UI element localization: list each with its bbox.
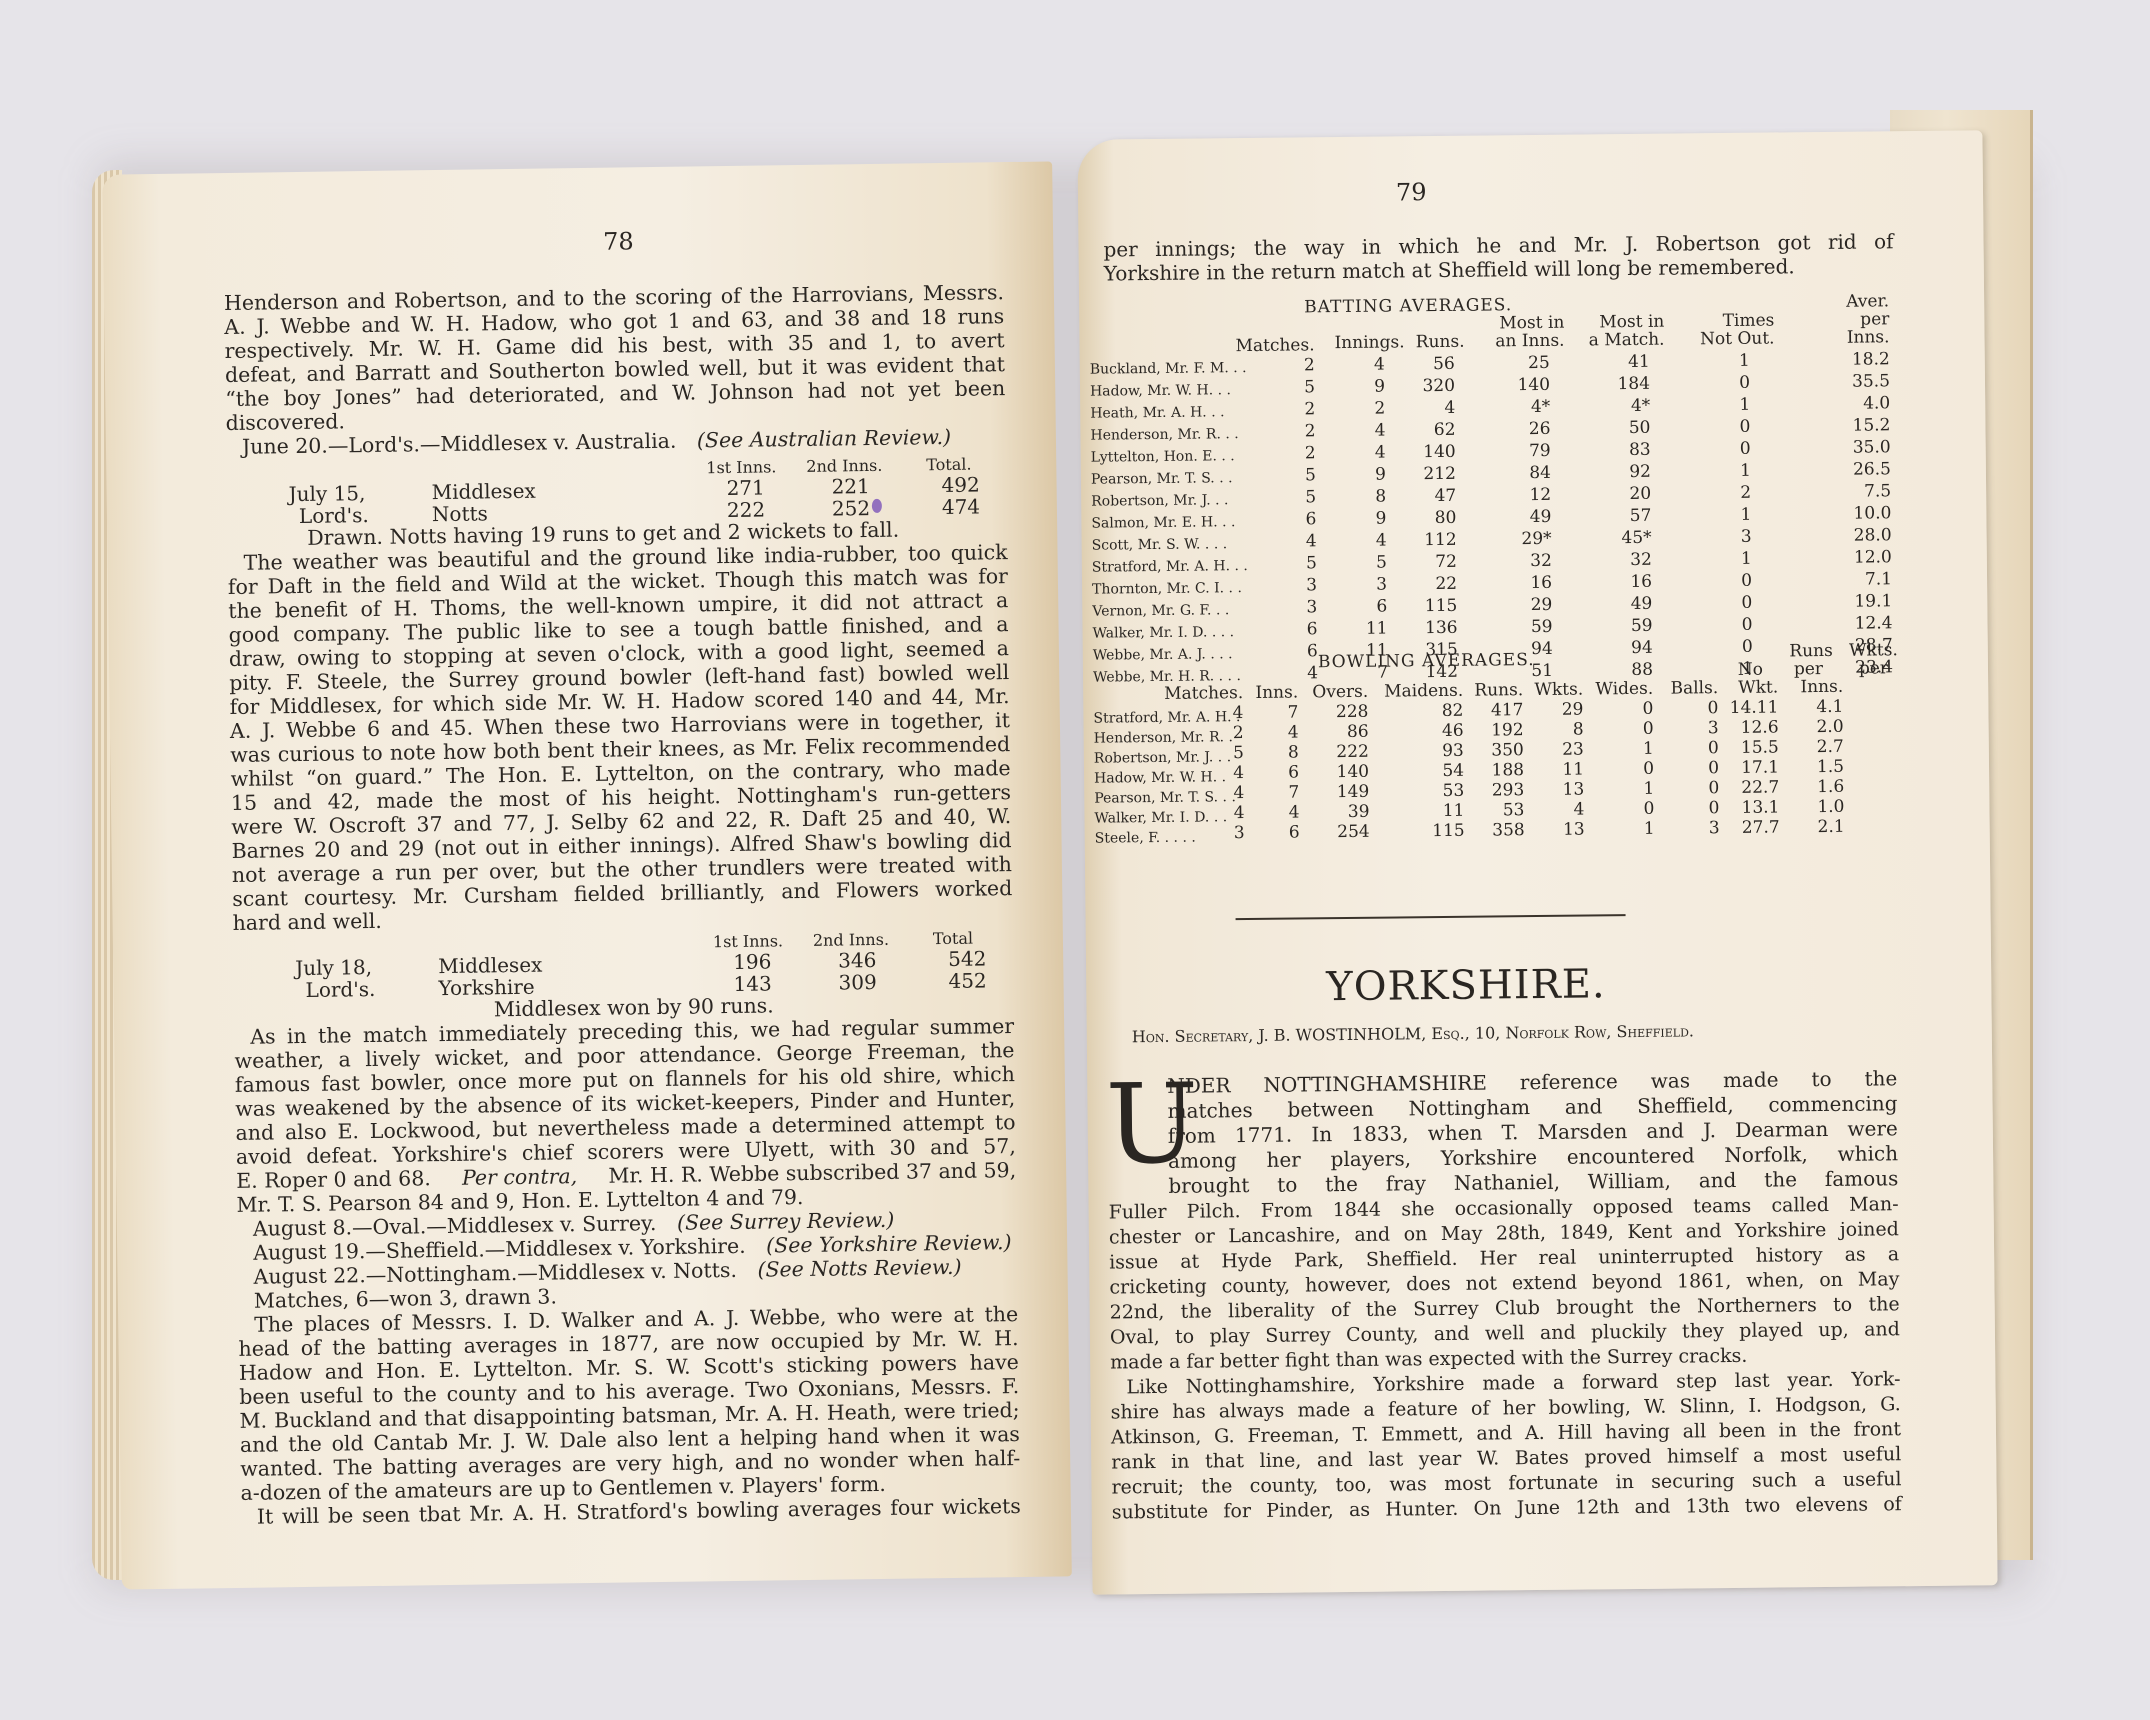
bowling-wkts-per-inns-cell: 2.7 (1784, 737, 1844, 758)
yorkshire-body: Fuller Pilch. From 1844 she occasionally… (1109, 1193, 1902, 1526)
batting-runs-cell: 140 (1396, 442, 1456, 463)
score-value: 222 (727, 497, 766, 522)
bowling-wkts-per-inns-cell: 4.1 (1783, 697, 1843, 718)
score-header: 2nd Inns. (806, 456, 882, 476)
batting-innings-cell: 3 (1317, 575, 1387, 596)
score-value: 271 (726, 475, 765, 500)
batting-runs-cell: 22 (1397, 574, 1457, 595)
batting-aver-cell: 18.2 (1830, 349, 1890, 370)
batting-most-inns-cell: 140 (1475, 375, 1550, 396)
bowling-wkts-per-inns-cell: 1.5 (1784, 757, 1844, 778)
left-body-text: Henderson and Robertson, and to the scor… (224, 280, 1021, 1529)
bowling-matches-cell: 4 (1153, 703, 1243, 724)
section-divider (1236, 914, 1626, 920)
bowling-wides-cell: 0 (1584, 719, 1654, 740)
score-value: 474 (942, 494, 981, 519)
column-header: Runs. (1394, 332, 1464, 353)
batting-innings-cell: 6 (1317, 597, 1387, 618)
batting-innings-cell: 8 (1316, 487, 1386, 508)
column-header: Matches. (1153, 683, 1243, 704)
batsman-name: Thornton, Mr. C. I. . . (1092, 580, 1242, 598)
score-header: Total (933, 929, 973, 949)
batting-most-inns-cell: 79 (1476, 441, 1551, 462)
batting-runs-cell: 4 (1395, 398, 1455, 419)
score-value: 452 (948, 968, 987, 993)
bowling-matches-cell: 2 (1154, 723, 1244, 744)
batting-not-out-cell: 2 (1696, 483, 1751, 504)
score-value: 492 (941, 472, 980, 497)
bowling-wides-cell: 0 (1583, 699, 1653, 720)
score-value: 309 (838, 970, 877, 995)
yorkshire-intro: NDER NOTTINGHAMSHIRE reference was made … (1167, 1066, 1898, 1199)
batting-aver-cell: 12.4 (1832, 613, 1892, 634)
bowling-overs-cell: 140 (1299, 762, 1369, 783)
batting-runs-cell: 62 (1395, 420, 1455, 441)
batting-most-match-cell: 83 (1576, 440, 1651, 461)
batting-most-inns-cell: 32 (1477, 551, 1552, 572)
batting-innings-cell: 4 (1317, 531, 1387, 552)
bowling-matches-cell: 4 (1154, 803, 1244, 824)
bowling-wkts-cell: 8 (1524, 720, 1584, 741)
score-venue: Lord's. (299, 503, 369, 528)
bowling-maidens-cell: 46 (1369, 721, 1464, 742)
batting-runs-cell: 212 (1396, 464, 1456, 485)
bowling-runs-cell: 188 (1464, 760, 1524, 781)
bowling-no-balls-cell: 0 (1653, 698, 1718, 719)
batsman-name: Stratford, Mr. A. H. . . (1092, 558, 1248, 576)
scorecard-july18: 1st Inns. 2nd Inns. Total July 18, Lord'… (233, 924, 1014, 1001)
column-header: Balls. (1653, 678, 1718, 699)
scorecard-july15: 1st Inns. 2nd Inns. Total. July 15, Lord… (226, 450, 1007, 527)
column-header: Innings. (1314, 332, 1404, 353)
bowling-wkts-cell: 4 (1524, 800, 1584, 821)
score-venue: Lord's. (305, 977, 375, 1002)
bowling-runs-per-wkt-cell: 27.7 (1720, 817, 1780, 838)
fixture-reference: (See Australian Review.) (697, 425, 951, 453)
batting-not-out-cell: 1 (1696, 505, 1751, 526)
batting-aver-cell: 26.5 (1831, 459, 1891, 480)
batting-most-match-cell: 49 (1577, 594, 1652, 615)
batting-most-inns-cell: 12 (1476, 485, 1551, 506)
bowling-wkts-cell: 13 (1525, 820, 1585, 841)
bowling-inns-cell: 8 (1244, 742, 1299, 763)
team-name: Notts (432, 501, 488, 526)
bowling-overs-cell: 149 (1299, 782, 1369, 803)
batting-not-out-cell: 1 (1695, 351, 1750, 372)
bowling-wkts-per-inns-cell: 2.1 (1785, 817, 1845, 838)
column-header: Overs. (1298, 682, 1368, 703)
bowling-wkts-cell: 11 (1524, 760, 1584, 781)
bowling-overs-cell: 86 (1299, 722, 1369, 743)
bowling-wkts-cell: 23 (1524, 740, 1584, 761)
batting-not-out-cell: 1 (1695, 395, 1750, 416)
batsman-name: Buckland, Mr. F. M. . . (1090, 360, 1247, 378)
bowling-no-balls-cell: 3 (1655, 818, 1720, 839)
batting-matches-cell: 4 (1227, 531, 1317, 552)
column-header: Inns. (1783, 677, 1843, 698)
batting-runs-cell: 80 (1396, 508, 1456, 529)
bowling-runs-per-wkt-cell: 22.7 (1719, 777, 1779, 798)
batsman-name: Pearson, Mr. T. S. . . (1091, 470, 1233, 487)
bowling-runs-per-wkt-cell: 12.6 (1718, 717, 1778, 738)
column-header: Wides. (1583, 679, 1653, 700)
batting-innings-cell: 4 (1316, 443, 1386, 464)
batting-matches-cell: 2 (1225, 421, 1315, 442)
batting-runs-cell: 56 (1395, 354, 1455, 375)
batting-matches-cell: 6 (1227, 619, 1317, 640)
bowling-wides-cell: 1 (1584, 779, 1654, 800)
score-value: 143 (733, 971, 772, 996)
batting-not-out-cell: 0 (1696, 439, 1751, 460)
column-header: Maidens. (1368, 681, 1463, 702)
batting-most-match-cell: 59 (1577, 616, 1652, 637)
bowling-maidens-cell: 53 (1369, 781, 1464, 802)
bowling-no-balls-cell: 0 (1654, 738, 1719, 759)
bowling-wkts-cell: 29 (1523, 700, 1583, 721)
page-number-left: 78 (603, 229, 634, 253)
bowling-runs-per-wkt-cell: 15.5 (1719, 737, 1779, 758)
batting-matches-cell: 5 (1227, 553, 1317, 574)
batting-most-match-cell: 4* (1575, 396, 1650, 417)
bowling-maidens-cell: 93 (1369, 741, 1464, 762)
batsman-name: Salmon, Mr. E. H. . . (1091, 514, 1235, 532)
batting-matches-cell: 2 (1225, 355, 1315, 376)
bowling-overs-cell: 222 (1299, 742, 1369, 763)
batting-aver-cell: 7.1 (1832, 569, 1892, 590)
batting-not-out-cell: 3 (1696, 527, 1751, 548)
column-header: Matches. (1224, 335, 1314, 356)
batting-matches-cell: 5 (1226, 487, 1316, 508)
bowling-inns-cell: 6 (1244, 762, 1299, 783)
batting-innings-cell: 5 (1317, 553, 1387, 574)
bowling-overs-cell: 39 (1299, 802, 1369, 823)
batting-not-out-cell: 0 (1697, 615, 1752, 636)
bowling-overs-cell: 254 (1300, 822, 1370, 843)
fixture-reference: (See Surrey Review.) (677, 1208, 895, 1235)
batting-innings-cell: 9 (1316, 509, 1386, 530)
batting-innings-cell: 4 (1315, 355, 1385, 376)
bowling-no-balls-cell: 0 (1654, 798, 1719, 819)
bowling-wides-cell: 0 (1584, 799, 1654, 820)
batsman-name: Lyttelton, Hon. E. . . (1091, 448, 1235, 466)
batting-aver-cell: 15.2 (1830, 415, 1890, 436)
bowling-no-balls-cell: 0 (1654, 778, 1719, 799)
bowling-runs-cell: 53 (1464, 800, 1524, 821)
batsman-name: Henderson, Mr. R. . . (1090, 426, 1238, 444)
bowling-runs-cell: 350 (1464, 740, 1524, 761)
team-name: Yorkshire (438, 975, 534, 1000)
batting-most-match-cell: 32 (1577, 550, 1652, 571)
bowling-runs-per-wkt-cell: 13.1 (1719, 797, 1779, 818)
batting-matches-cell: 2 (1226, 443, 1316, 464)
column-header: Not Out. (1674, 328, 1774, 349)
bowling-wkts-per-inns-cell: 1.6 (1784, 777, 1844, 798)
column-header: per (1838, 658, 1888, 679)
bowling-runs-per-wkt-cell: 17.1 (1719, 757, 1779, 778)
batting-runs-cell: 320 (1395, 376, 1455, 397)
text-span: E. Roper 0 and 68. (236, 1166, 431, 1193)
score-header: Total. (926, 455, 971, 475)
batting-most-inns-cell: 49 (1476, 507, 1551, 528)
column-header: Inns. (1243, 682, 1298, 703)
batting-innings-cell: 4 (1315, 421, 1385, 442)
score-value: 221 (831, 474, 870, 499)
batting-most-inns-cell: 26 (1475, 419, 1550, 440)
batting-innings-cell: 2 (1315, 399, 1385, 420)
bowling-maidens-cell: 11 (1369, 801, 1464, 822)
bowling-title: BOWLING AVERAGES. (1318, 650, 1535, 672)
column-header: Inns. (1829, 327, 1889, 348)
column-header: Runs. (1463, 680, 1523, 701)
batting-most-match-cell: 50 (1575, 418, 1650, 439)
bowling-wkts-per-inns-cell: 2.0 (1783, 717, 1843, 738)
score-value: 346 (838, 948, 877, 973)
batting-most-inns-cell: 59 (1477, 617, 1552, 638)
bowling-inns-cell: 4 (1244, 722, 1299, 743)
score-value: 196 (733, 949, 772, 974)
batting-most-match-cell: 16 (1577, 572, 1652, 593)
bowling-runs-cell: 192 (1464, 720, 1524, 741)
bowling-averages-table: BOWLING AVERAGES. Runs Wkts. No per per … (1093, 646, 1895, 894)
left-page: 78 Henderson and Robertson, and to the s… (102, 161, 1072, 1589)
bowling-matches-cell: 5 (1154, 743, 1244, 764)
batting-runs-cell: 47 (1396, 486, 1456, 507)
batting-runs-cell: 136 (1397, 618, 1457, 639)
batting-most-inns-cell: 84 (1476, 463, 1551, 484)
batting-aver-cell: 7.5 (1831, 481, 1891, 502)
batting-most-inns-cell: 16 (1477, 573, 1552, 594)
ink-mark (872, 499, 882, 513)
score-header: 1st Inns. (706, 457, 776, 477)
bowling-wkts-cell: 13 (1524, 780, 1584, 801)
batting-matches-cell: 3 (1227, 575, 1317, 596)
column-header: Wkts. (1523, 680, 1583, 701)
bowling-inns-cell: 7 (1244, 782, 1299, 803)
bowling-runs-cell: 293 (1464, 780, 1524, 801)
team-name: Middlesex (431, 479, 535, 504)
batting-most-match-cell: 92 (1576, 462, 1651, 483)
bowling-wides-cell: 1 (1585, 819, 1655, 840)
fixture-reference: (See Notts Review.) (757, 1255, 961, 1282)
batting-matches-cell: 5 (1225, 377, 1315, 398)
bowling-maidens-cell: 115 (1370, 821, 1465, 842)
batting-most-inns-cell: 29* (1477, 529, 1552, 550)
bowling-matches-cell: 3 (1155, 823, 1245, 844)
batting-aver-cell: 4.0 (1830, 393, 1890, 414)
bowling-inns-cell: 7 (1243, 702, 1298, 723)
batting-most-match-cell: 20 (1576, 484, 1651, 505)
batting-aver-cell: 19.1 (1832, 591, 1892, 612)
batsman-name: Robertson, Mr. J. . . (1091, 492, 1228, 509)
batsman-name: Heath, Mr. A. H. . . (1090, 404, 1224, 421)
batting-aver-cell: 28.0 (1831, 525, 1891, 546)
batting-most-inns-cell: 4* (1475, 397, 1550, 418)
batting-innings-cell: 11 (1317, 619, 1387, 640)
batting-title: BATTING AVERAGES. (1304, 295, 1512, 317)
batting-not-out-cell: 0 (1695, 373, 1750, 394)
batting-matches-cell: 6 (1226, 509, 1316, 530)
batsman-name: Hadow, Mr. W. H. . . (1090, 382, 1231, 399)
bowling-inns-cell: 4 (1244, 802, 1299, 823)
text-span-italic: Per contra, (462, 1164, 577, 1190)
fixture-text: June 20.—Lord's.—Middlesex v. Australia. (242, 429, 677, 459)
batting-most-match-cell: 45* (1577, 528, 1652, 549)
batsman-name: Vernon, Mr. G. F. . . (1092, 602, 1229, 619)
batting-most-match-cell: 184 (1575, 374, 1650, 395)
batting-innings-cell: 9 (1315, 377, 1385, 398)
batting-runs-cell: 112 (1397, 530, 1457, 551)
batting-matches-cell: 5 (1226, 465, 1316, 486)
batting-most-inns-cell: 29 (1477, 595, 1552, 616)
batting-not-out-cell: 1 (1697, 549, 1752, 570)
section-title: YORKSHIRE. (1326, 964, 1606, 1007)
batting-most-match-cell: 41 (1575, 352, 1650, 373)
bowling-runs-per-wkt-cell: 14.11 (1718, 697, 1778, 718)
batting-runs-cell: 72 (1397, 552, 1457, 573)
column-header: an Inns. (1474, 331, 1564, 352)
score-value: 542 (948, 946, 987, 971)
batsman-name: Scott, Mr. S. W. . . . (1092, 536, 1228, 553)
secretary-line: Hon. Secretary, J. B. WOSTINHOLM, Esq., … (1132, 1023, 1694, 1045)
batting-not-out-cell: 0 (1697, 571, 1752, 592)
bowling-inns-cell: 6 (1245, 822, 1300, 843)
fixture-reference: (See Yorkshire Review.) (766, 1230, 1012, 1257)
bowling-runs-cell: 417 (1463, 700, 1523, 721)
batting-matches-cell: 2 (1225, 399, 1315, 420)
batting-innings-cell: 9 (1316, 465, 1386, 486)
batting-aver-cell: 35.0 (1831, 437, 1891, 458)
bowling-no-balls-cell: 3 (1654, 718, 1719, 739)
bowling-wides-cell: 0 (1584, 759, 1654, 780)
bowling-overs-cell: 228 (1298, 702, 1368, 723)
score-header: 1st Inns. (713, 931, 783, 951)
batting-aver-cell: 35.5 (1830, 371, 1890, 392)
batting-aver-cell: 10.0 (1831, 503, 1891, 524)
batting-not-out-cell: 0 (1695, 417, 1750, 438)
batting-runs-cell: 115 (1397, 596, 1457, 617)
batting-not-out-cell: 1 (1696, 461, 1751, 482)
batting-not-out-cell: 0 (1697, 593, 1752, 614)
intro-line: Yorkshire in the return match at Sheffie… (1104, 256, 1795, 283)
batsman-name: Walker, Mr. I. D. . . . (1092, 624, 1234, 641)
bowling-runs-cell: 358 (1465, 820, 1525, 841)
batting-most-match-cell: 57 (1576, 506, 1651, 527)
bowling-no-balls-cell: 0 (1654, 758, 1719, 779)
bowling-maidens-cell: 54 (1369, 761, 1464, 782)
batting-most-inns-cell: 25 (1475, 353, 1550, 374)
column-header: Wkt. (1718, 677, 1778, 698)
bowling-matches-cell: 4 (1154, 763, 1244, 784)
bowling-wkts-per-inns-cell: 1.0 (1784, 797, 1844, 818)
score-header: 2nd Inns. (813, 930, 889, 950)
bowling-maidens-cell: 82 (1368, 701, 1463, 722)
page-number-right: 79 (1396, 180, 1427, 204)
bowling-wides-cell: 1 (1584, 739, 1654, 760)
batting-aver-cell: 12.0 (1832, 547, 1892, 568)
right-page: 79 per innings; the way in which he and … (1077, 130, 1997, 1594)
bowling-matches-cell: 4 (1154, 783, 1244, 804)
batting-matches-cell: 3 (1227, 597, 1317, 618)
column-header: a Match. (1574, 330, 1664, 351)
score-value: 252 (832, 496, 871, 521)
